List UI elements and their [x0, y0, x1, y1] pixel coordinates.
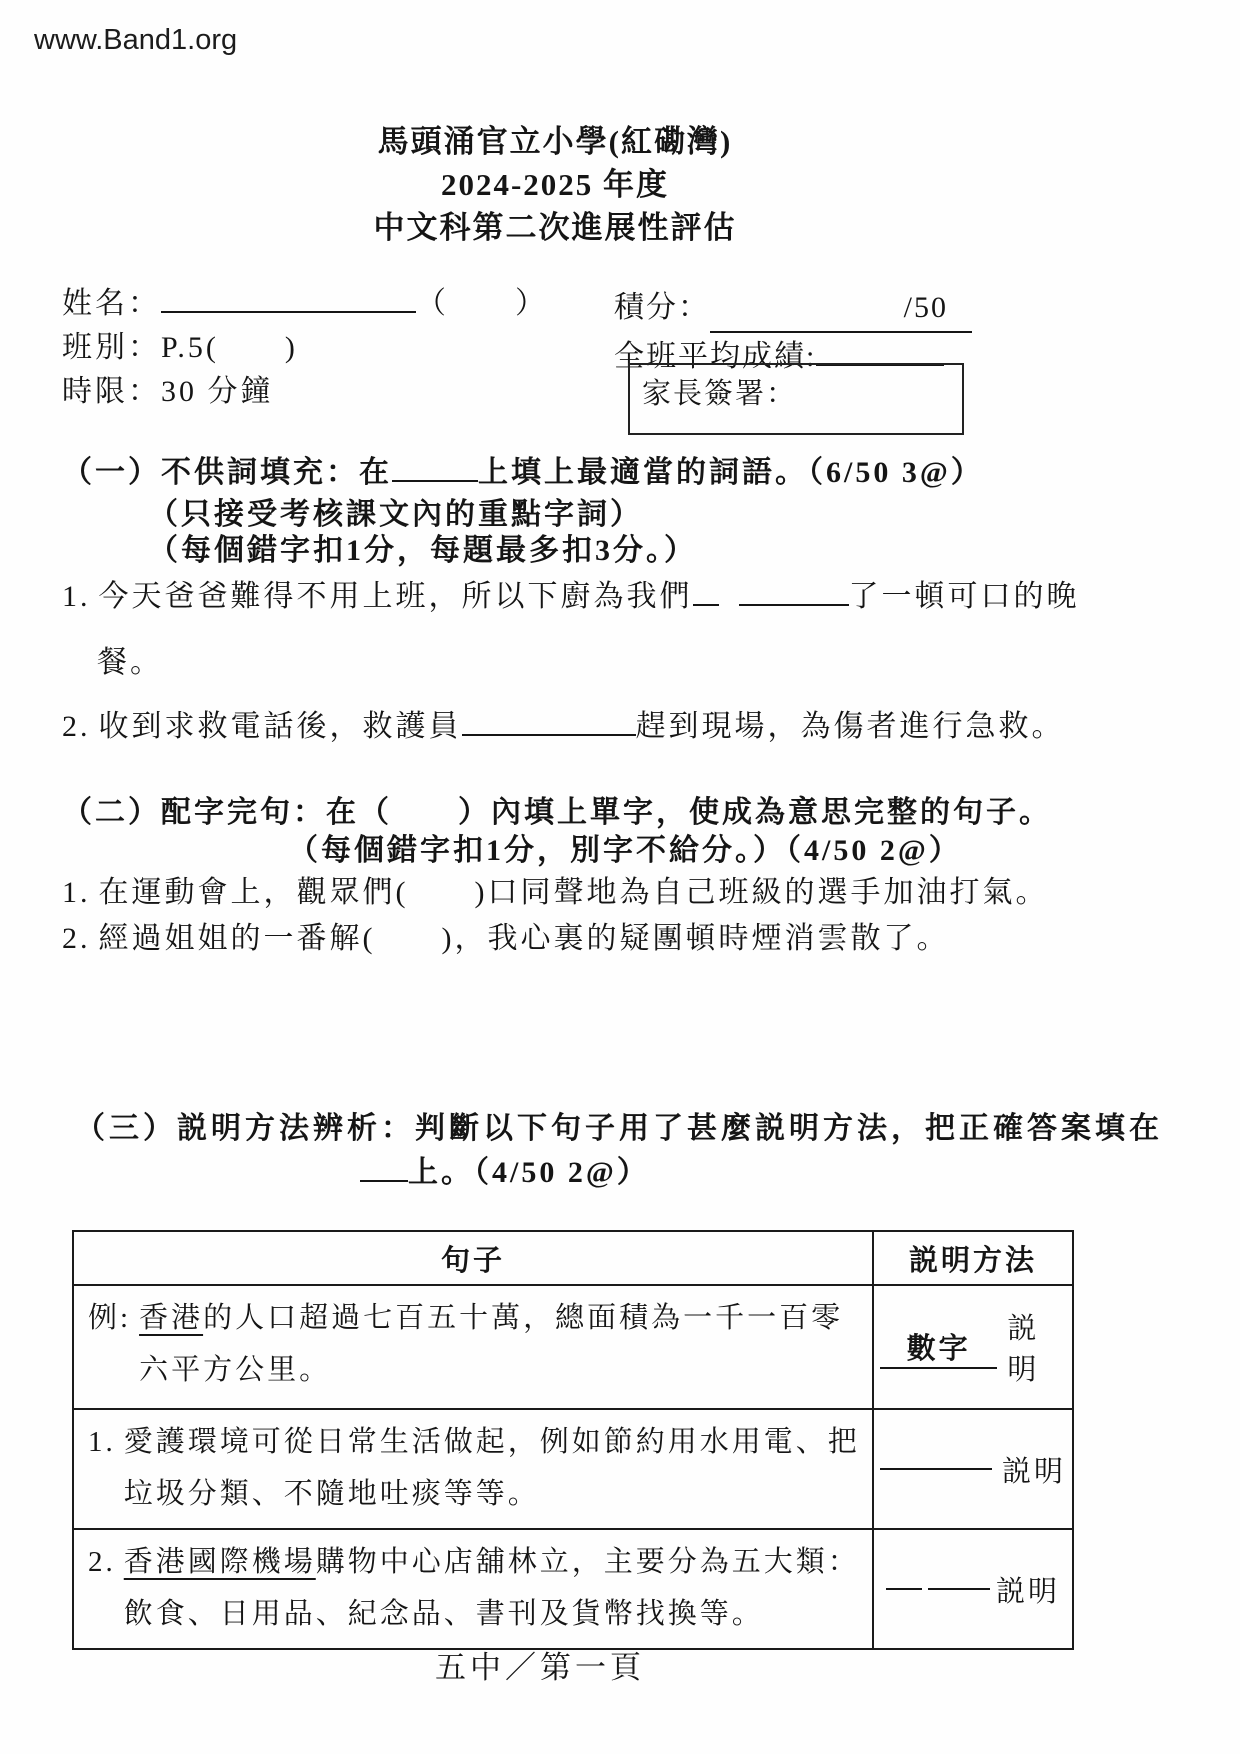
- exam-title: 中文科第二次進展性評估: [0, 206, 1110, 249]
- section-one-question-1: 1. 今天爸爸難得不用上班，所以下廚為我們了一頓可口的晚: [62, 576, 1080, 618]
- table-row-1: 1. 愛護環境可從日常生活做起，例如節約用水用電、把垃圾分類、不隨地吐痰等等。 …: [74, 1408, 1072, 1528]
- class-label: 班別：: [62, 331, 161, 364]
- parent-signature-box: 家長簽署：: [628, 363, 964, 435]
- section-one-note2: （每個錯字扣1分，每題最多扣3分。）: [148, 530, 697, 572]
- question-text: 今天爸爸難得不用上班，所以下廚為我們了一頓可口的晚: [99, 576, 1080, 618]
- time-row: 時限：30 分鐘: [62, 370, 548, 414]
- section-one-question-2: 2. 收到求救電話後，救護員趕到現場，為傷者進行急救。: [62, 706, 1065, 748]
- score-row: 積分：/50: [614, 284, 972, 333]
- time-label: 時限：: [62, 375, 161, 408]
- watermark-text: www.Band1.org: [34, 24, 237, 57]
- question-text: 經過姐姐的一番解( )，我心裏的疑團頓時煙消雲散了。: [99, 918, 950, 960]
- answer-blank: [928, 1588, 990, 1590]
- answer-blank-short: [693, 604, 719, 606]
- section-two-question-1: 1. 在運動會上，觀眾們( )口同聲地為自己班級的選手加油打氣。: [62, 872, 1048, 914]
- table-header-sentence: 句子: [74, 1232, 872, 1284]
- section-two-question-2: 2. 經過姐姐的一番解( )，我心裏的疑團頓時煙消雲散了。: [62, 918, 949, 960]
- question-text-post: 趕到現場，為傷者進行急救。: [636, 710, 1065, 743]
- section-three-heading-line2: 上。（4/50 2@）: [360, 1152, 650, 1194]
- answer-blank: [462, 734, 636, 736]
- table-row-2: 2. 香港國際機場購物中心店舖林立，主要分為五大類：飲食、日用品、紀念品、書刊及…: [74, 1528, 1072, 1648]
- page-footer: 五中／第一頁: [0, 1642, 1080, 1687]
- answer-blank-short: [886, 1588, 922, 1590]
- question-text: 在運動會上，觀眾們( )口同聲地為自己班級的選手加油打氣。: [99, 872, 1049, 914]
- score-denominator: /50: [904, 291, 948, 324]
- name-label: 姓名：: [62, 287, 161, 320]
- school-name: 馬頭涌官立小學(紅磡灣): [0, 120, 1110, 163]
- row-label: 2.: [88, 1536, 116, 1588]
- school-year: 2024-2025 年度: [0, 163, 1110, 206]
- sentence-segment: 愛護環境可從日常生活做起，例如節約用水用電、把垃圾分類、不隨地吐痰等等。: [124, 1426, 860, 1510]
- section-three-heading-line2-text: 上。（4/50 2@）: [408, 1156, 650, 1189]
- answer-suffix: 説明: [1007, 1306, 1066, 1388]
- row-label: 1.: [88, 1416, 116, 1468]
- parent-signature-label: 家長簽署：: [642, 378, 797, 410]
- sentence-text: 愛護環境可從日常生活做起，例如節約用水用電、把垃圾分類、不隨地吐痰等等。: [124, 1416, 864, 1520]
- class-value: P.5( ): [161, 331, 298, 364]
- sentence-underlined-segment: 香港: [139, 1302, 203, 1334]
- name-row: 姓名：（ ）: [62, 282, 548, 326]
- section-two-note: （每個錯字扣1分，別字不給分。）（4/50 2@）: [288, 830, 962, 872]
- name-paren: （ ）: [416, 287, 548, 320]
- section-one-question-1-continuation: 餐。: [97, 642, 163, 684]
- time-value: 30 分鐘: [161, 375, 274, 408]
- answer-blank: [739, 604, 849, 606]
- score-blank: /50: [710, 284, 972, 333]
- student-info-left: 姓名：（ ） 班別：P.5( ) 時限：30 分鐘: [62, 282, 548, 414]
- table-header-row: 句子 説明方法: [74, 1232, 1072, 1284]
- question-text: 收到求救電話後，救護員趕到現場，為傷者進行急救。: [99, 706, 1065, 748]
- title-block: 馬頭涌官立小學(紅磡灣) 2024-2025 年度 中文科第二次進展性評估: [0, 120, 1110, 249]
- section-one-heading-pre: （一）不供詞填充：在: [62, 456, 392, 489]
- table-row-example: 例: 香港的人口超過七百五十萬，總面積為一千一百零六平方公里。 數字説明: [74, 1284, 1072, 1408]
- method-answer-cell: 數字説明: [872, 1286, 1072, 1408]
- sentence-cell: 2. 香港國際機場購物中心店舖林立，主要分為五大類：飲食、日用品、紀念品、書刊及…: [74, 1530, 872, 1648]
- sentence-text: 香港的人口超過七百五十萬，總面積為一千一百零六平方公里。: [139, 1292, 864, 1396]
- row-label: 例:: [88, 1292, 131, 1344]
- name-blank: [161, 311, 416, 313]
- sentence-underlined-segment: 香港國際機場: [124, 1546, 316, 1578]
- question-number: 1.: [62, 872, 91, 914]
- example-answer: 數字: [907, 1333, 971, 1365]
- method-answer-cell: 説明: [872, 1530, 1072, 1648]
- question-number: 2.: [62, 918, 91, 960]
- question-text-pre: 今天爸爸難得不用上班，所以下廚為我們: [99, 580, 693, 613]
- answer-blank: [880, 1468, 992, 1470]
- exam-paper-page: www.Band1.org 馬頭涌官立小學(紅磡灣) 2024-2025 年度 …: [0, 0, 1240, 1754]
- section-three-heading-line1: （三）説明方法辨析：判斷以下句子用了甚麼説明方法，把正確答案填在: [75, 1108, 1163, 1150]
- section-one-heading-post: 上填上最適當的詞語。（6/50 3@）: [478, 456, 984, 489]
- question-number: 1.: [62, 576, 91, 618]
- section-one-heading: （一）不供詞填充：在上填上最適當的詞語。（6/50 3@）: [62, 452, 984, 494]
- answer-suffix: 説明: [996, 1569, 1060, 1610]
- question-text-pre: 收到求救電話後，救護員: [99, 710, 462, 743]
- section-three-heading-blank: [360, 1180, 408, 1182]
- sentence-cell: 1. 愛護環境可從日常生活做起，例如節約用水用電、把垃圾分類、不隨地吐痰等等。: [74, 1410, 872, 1528]
- class-row: 班別：P.5( ): [62, 326, 548, 370]
- answer-blank: 數字: [880, 1326, 997, 1369]
- methods-table: 句子 説明方法 例: 香港的人口超過七百五十萬，總面積為一千一百零六平方公里。 …: [72, 1230, 1074, 1650]
- question-text-post: 了一頓可口的晚: [849, 580, 1080, 613]
- sentence-text: 香港國際機場購物中心店舖林立，主要分為五大類：飲食、日用品、紀念品、書刊及貨幣找…: [124, 1536, 864, 1640]
- sentence-segment: 的人口超過七百五十萬，總面積為一千一百零六平方公里。: [139, 1302, 843, 1386]
- question-number: 2.: [62, 706, 91, 748]
- answer-suffix: 説明: [1002, 1449, 1066, 1490]
- sentence-cell: 例: 香港的人口超過七百五十萬，總面積為一千一百零六平方公里。: [74, 1286, 872, 1408]
- table-header-method: 説明方法: [872, 1232, 1072, 1284]
- section-one-heading-blank: [392, 480, 478, 482]
- method-answer-cell: 説明: [872, 1410, 1072, 1528]
- score-label: 積分：: [614, 291, 710, 324]
- section-two-heading: （二）配字完句：在（ ）內填上單字，使成為意思完整的句子。: [62, 792, 1052, 834]
